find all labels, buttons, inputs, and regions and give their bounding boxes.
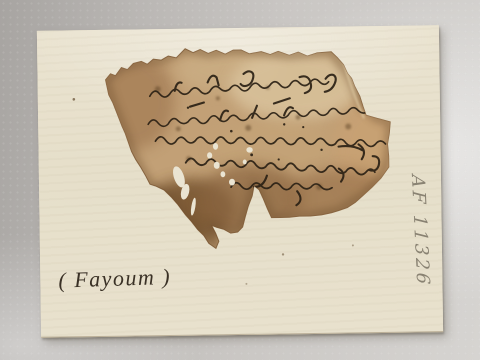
provenance-caption: ( Fayoum ) [58, 264, 172, 294]
photo-background: ( Fayoum ) AF 11326 [0, 0, 480, 360]
mount-card: ( Fayoum ) AF 11326 [37, 25, 443, 338]
